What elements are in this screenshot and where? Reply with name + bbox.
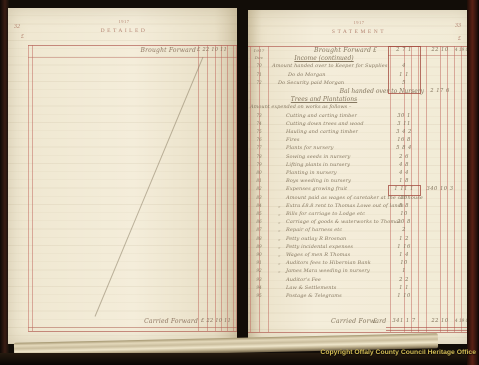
ditto-mark: „ <box>278 219 281 225</box>
left-carried-forward-amount: £ 22 10 11 <box>201 318 231 324</box>
rule-line <box>28 331 237 332</box>
left-year-caption: 1917 <box>64 19 184 24</box>
amount-col1: 4 4 <box>390 170 418 176</box>
row-text: Amount handed over to Keeper for Supplie… <box>272 63 388 69</box>
amount-col2: 340 10 3 <box>426 186 454 192</box>
row-text: Extra £8.8 rent to Thomas Lowe out of la… <box>286 203 404 209</box>
amount-col1: 2 2 <box>390 277 418 283</box>
currency-symbol: £ <box>373 47 377 54</box>
rule-line <box>227 45 228 331</box>
row-text: Sowing seeds in nursery <box>286 154 350 160</box>
amount-col1: 30 <box>390 195 418 201</box>
rule-line <box>198 45 199 331</box>
row-text: Wages of men R Thomas <box>286 252 350 258</box>
amount-col1: 5 <box>390 80 418 86</box>
voucher-number: 72 <box>250 80 268 85</box>
book-cover-right <box>467 0 479 365</box>
voucher-number: 91 <box>250 260 268 265</box>
section-heading: Income (continued) <box>274 55 374 62</box>
voucher-number: 93 <box>250 277 268 282</box>
amount-col1: 10 <box>390 260 418 266</box>
amount-col1: 4 <box>390 63 418 69</box>
amount-col1: 4 8 <box>390 162 418 168</box>
voucher-number: 73 <box>250 113 268 118</box>
left-page-title: DETAILED <box>64 28 184 34</box>
left-carried-forward-label: Carried Forward <box>136 318 198 325</box>
row-text: Do Security paid Morgan <box>278 80 344 86</box>
voucher-number: 92 <box>250 268 268 273</box>
rule-line <box>28 327 237 328</box>
left-brought-forward-label: Brought Forward <box>118 47 196 54</box>
row-text: Repair of harness etc <box>286 227 342 233</box>
rule-line <box>215 45 216 331</box>
left-currency-symbol: £ <box>21 34 24 40</box>
amount-col1: 1 <box>390 268 418 274</box>
voucher-number: 74 <box>250 121 268 126</box>
amount-col1: 1 1 <box>390 285 418 291</box>
amount-col1: 3 4 2 <box>390 129 418 135</box>
row-text: Planting in nursery <box>286 170 337 176</box>
row-text: Lifting plants in nursery <box>286 162 350 168</box>
rule-line <box>28 45 237 46</box>
ditto-mark: „ <box>278 236 281 242</box>
row-text: Carriage of goods & waterworks to Thomas <box>286 219 401 225</box>
ledger-row: 95Postage & Telegrams1 10 <box>248 293 472 302</box>
voucher-number: 88 <box>250 236 268 241</box>
voucher-number: 79 <box>250 162 268 167</box>
voucher-number: 86 <box>250 219 268 224</box>
row-text: James Mara weeding in nursery <box>286 268 370 274</box>
voucher-number: 87 <box>250 227 268 232</box>
carry-label: Carried Forward <box>331 318 386 325</box>
amount-col1: 2 6 <box>390 154 418 160</box>
left-brought-forward-amount: £ 22 10 11 <box>197 47 227 53</box>
voucher-number: 84 <box>250 203 268 208</box>
voucher-number: 76 <box>250 137 268 142</box>
voucher-number: 82 <box>250 186 268 191</box>
ditto-mark: „ <box>278 244 281 250</box>
rule-line <box>233 45 234 331</box>
left-page: 32 £ 1917 DETAILED Brought Forward £ 22 … <box>8 8 237 344</box>
row-text: Law & Settlements <box>286 285 336 291</box>
ditto-mark: „ <box>278 252 281 258</box>
ditto-mark: „ <box>278 260 281 266</box>
subtotal-label: Bal handed over to Nursery <box>248 88 424 95</box>
ditto-mark: „ <box>278 268 281 274</box>
ditto-mark: „ <box>278 227 281 233</box>
voucher-number: 78 <box>250 154 268 159</box>
amount-col2: 2 17 6 <box>426 88 454 94</box>
amount-col1: 3 11 <box>390 121 418 127</box>
voucher-number: 81 <box>250 178 268 183</box>
amount-col1: 1 1 <box>390 72 418 78</box>
row-text: Bills for carriage to Lodge etc <box>286 211 365 217</box>
row-text: Fires <box>286 137 299 143</box>
rule-line <box>207 45 208 331</box>
right-rows: Brought Forward£2 7 122 104 19 0 1Income… <box>248 10 472 344</box>
row-text: Postage & Telegrams <box>286 293 342 299</box>
voucher-number: 85 <box>250 211 268 216</box>
row-text: Auditors fees to Hibernian Bank <box>286 260 371 266</box>
voucher-number: 77 <box>250 145 268 150</box>
amount-col1: 10 <box>390 211 418 217</box>
amount-col1: 1 11 1 <box>390 186 418 192</box>
cancellation-diagonal-line <box>95 57 204 317</box>
row-text: Cutting and carting timber <box>286 113 357 119</box>
amount-col1: 1 4 <box>390 252 418 258</box>
ledger-photo: 32 £ 1917 DETAILED Brought Forward £ 22 … <box>0 0 479 365</box>
ditto-mark: „ <box>278 211 281 217</box>
amount-col1: 1 8 <box>390 178 418 184</box>
row-text: Boys weeding in nursery <box>286 178 351 184</box>
row-text: Expenses growing fruit <box>286 186 347 192</box>
amount-col1: 8 8 <box>390 203 418 209</box>
rule-line <box>28 45 29 331</box>
carry-label: Brought Forward <box>314 47 371 54</box>
row-text: Auditor's Fee <box>286 277 321 283</box>
right-page: 1917 STATEMENT 33 £ <box>248 10 472 344</box>
voucher-number: 70 <box>250 63 268 68</box>
amount-col1: 341 1 7 <box>390 318 418 324</box>
voucher-number: 89 <box>250 244 268 249</box>
amount-col1: 20 8 <box>390 219 418 225</box>
rule-line <box>28 57 237 58</box>
amount-col1: 1 16 <box>390 244 418 250</box>
amount-col1: 1 2 <box>390 236 418 242</box>
amount-col2: 22 10 <box>426 47 454 53</box>
book-gutter <box>236 8 248 345</box>
amount-col1: 1 10 <box>390 293 418 299</box>
voucher-number: 95 <box>250 293 268 298</box>
amount-col1: 30 1 <box>390 113 418 119</box>
copyright-watermark: Copyright Offaly County Council Heritage… <box>300 349 476 356</box>
row-text: Amount expended on works as follows – <box>250 104 351 110</box>
voucher-number: 94 <box>250 285 268 290</box>
voucher-number: 80 <box>250 170 268 175</box>
amount-col1: 2 7 1 <box>390 47 418 53</box>
amount-col1: 2 <box>390 227 418 233</box>
row-text: Plants for nursery <box>286 145 334 151</box>
ditto-mark: „ <box>278 203 281 209</box>
ledger-row: Carried Forward£341 1 722 104 19 0 1 <box>248 318 472 327</box>
row-text: Petty incidental expenses <box>286 244 353 250</box>
row-text: Petty outlay R Brosnan <box>286 236 346 242</box>
voucher-number: 83 <box>250 195 268 200</box>
row-text: Do do Morgan <box>288 72 326 78</box>
amount-col1: 5 8 4 <box>390 145 418 151</box>
currency-symbol: £ <box>373 318 377 325</box>
row-text: Hauling and carting timber <box>286 129 358 135</box>
voucher-number: 75 <box>250 129 268 134</box>
left-page-number: 32 <box>14 24 20 30</box>
voucher-number: 71 <box>250 72 268 77</box>
voucher-number: 90 <box>250 252 268 257</box>
section-heading: Trees and Plantations <box>274 96 374 103</box>
rule-line <box>221 45 222 331</box>
row-text: Cutting down trees and wood <box>286 121 364 127</box>
amount-col1: 16 8 <box>390 137 418 143</box>
rule-line <box>32 45 33 331</box>
amount-col2: 22 10 <box>426 318 454 324</box>
